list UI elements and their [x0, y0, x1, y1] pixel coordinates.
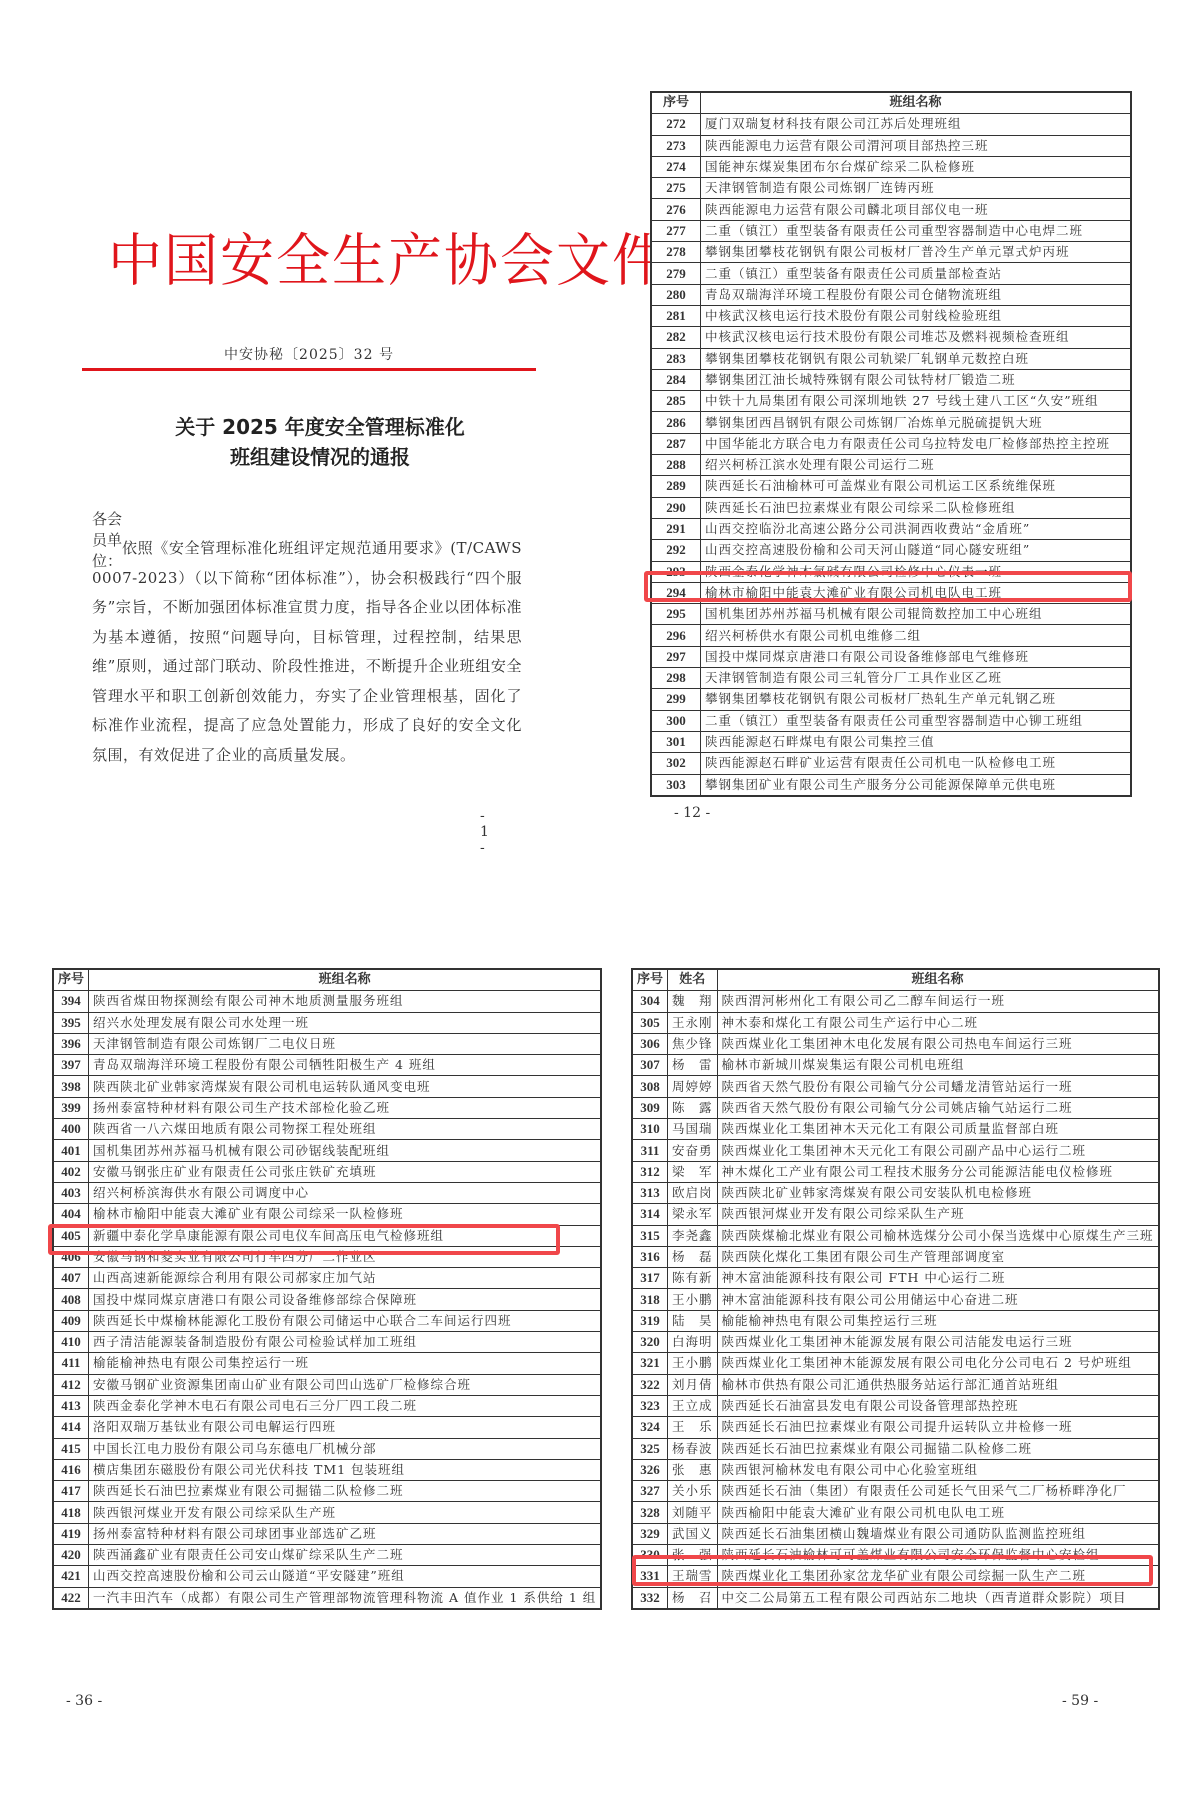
table-row: 320白海明陕西煤业化工集团神木能源发展有限公司洁能发电运行三班 — [632, 1332, 1159, 1353]
team-name: 陕西能源赵石畔煤电有限公司集控三值 — [701, 731, 1132, 752]
table-row: 299攀钢集团攀枝花钢钒有限公司板材厂热轧生产单元轧钢乙班 — [651, 689, 1131, 710]
table-row: 422一汽丰田汽车（成都）有限公司生产管理部物流管理科物流 A 值作业 1 系供… — [53, 1587, 601, 1609]
page-12-team-table: 序号 班组名称 272厦门双瑞复材科技有限公司江苏后处理班组273陕西能源电力运… — [650, 91, 1132, 797]
row-number: 276 — [651, 199, 701, 220]
table-row: 408国投中煤同煤京唐港口有限公司设备维修部综合保障班 — [53, 1289, 601, 1310]
team-name: 中核武汉核电运行技术股份有限公司射线检验班组 — [701, 305, 1132, 326]
table-row: 403绍兴柯桥滨海供水有限公司调度中心 — [53, 1182, 601, 1203]
team-name: 陕西延长中煤榆林能源化工股份有限公司储运中心联合二车间运行四班 — [89, 1310, 602, 1331]
page-number: - 1 - — [480, 808, 489, 856]
row-number: 397 — [53, 1055, 89, 1076]
team-name: 陕西煤业化工集团神木能源发展有限公司电化分公司电石 2 号炉班组 — [717, 1353, 1159, 1374]
table-row: 296绍兴柯桥供水有限公司机电维修二组 — [651, 625, 1131, 646]
row-number: 326 — [632, 1459, 668, 1480]
team-name: 西子清洁能源装备制造股份有限公司检验试样加工班组 — [89, 1332, 602, 1353]
table-row: 302陕西能源赵石畔矿业运营有限责任公司机电一队检修电工班 — [651, 753, 1131, 774]
row-number: 284 — [651, 369, 701, 390]
row-number: 292 — [651, 540, 701, 561]
row-number: 407 — [53, 1268, 89, 1289]
row-number: 328 — [632, 1502, 668, 1523]
table-row: 286攀钢集团西昌钢钒有限公司炼钢厂冶炼单元脱硫提钒大班 — [651, 412, 1131, 433]
document-issuer-title: 中国安全生产协会文件 — [108, 216, 508, 297]
table-row: 274国能神东煤炭集团布尔台煤矿综采二队检修班 — [651, 156, 1131, 177]
row-number: 300 — [651, 710, 701, 731]
notice-heading-line-1: 关于 2025 年度安全管理标准化 — [100, 412, 540, 442]
team-name: 陕西延长石油巴拉素煤业有限公司掘锚二队检修二班 — [717, 1438, 1159, 1459]
person-name: 杨 磊 — [668, 1246, 718, 1267]
row-number: 421 — [53, 1566, 89, 1587]
person-name: 陈有新 — [668, 1268, 718, 1289]
column-header-no: 序号 — [53, 969, 89, 991]
table-row: 329武国义陕西延长石油集团横山魏墙煤业有限公司通防队监测监控班组 — [632, 1523, 1159, 1544]
row-number: 329 — [632, 1523, 668, 1544]
team-name: 陕西渭河彬州化工有限公司乙二醇车间运行一班 — [717, 991, 1159, 1012]
table-row: 310马国瑞陕西煤业化工集团神木天元化工有限公司质量监督部白班 — [632, 1119, 1159, 1140]
team-name: 国机集团苏州苏福马机械有限公司辊筒数控加工中心班组 — [701, 604, 1132, 625]
highlight-box-328 — [632, 1555, 1153, 1586]
row-number: 285 — [651, 391, 701, 412]
table-row: 317陈有新神木富油能源科技有限公司 FTH 中心运行二班 — [632, 1268, 1159, 1289]
row-number: 313 — [632, 1182, 668, 1203]
table-row: 287中国华能北方联合电力有限责任公司乌拉特发电厂检修部热控主控班 — [651, 433, 1131, 454]
team-name: 一汽丰田汽车（成都）有限公司生产管理部物流管理科物流 A 值作业 1 系供给 1… — [89, 1587, 602, 1609]
team-name: 国投中煤同煤京唐港口有限公司设备维修部综合保障班 — [89, 1289, 602, 1310]
row-number: 272 — [651, 114, 701, 135]
team-name: 山西高速新能源综合利用有限公司郝家庄加气站 — [89, 1268, 602, 1289]
table-row: 316杨 磊陕西陕化煤化工集团有限公司生产管理部调度室 — [632, 1246, 1159, 1267]
table-row: 295国机集团苏州苏福马机械有限公司辊筒数控加工中心班组 — [651, 604, 1131, 625]
team-name: 二重（镇江）重型装备有限责任公司质量部检查站 — [701, 263, 1132, 284]
team-name: 天津钢管制造有限公司炼钢厂二电仪日班 — [89, 1033, 602, 1054]
team-name: 天津钢管制造有限公司三轧管分厂工具作业区乙班 — [701, 668, 1132, 689]
team-name: 山西交控高速股份榆和公司天河山隧道“同心隧安班组” — [701, 540, 1132, 561]
team-name: 中国长江电力股份有限公司乌东德电厂机械分部 — [89, 1438, 602, 1459]
table-row: 401国机集团苏州苏福马机械有限公司砂锯线装配班组 — [53, 1140, 601, 1161]
row-number: 308 — [632, 1076, 668, 1097]
team-name: 陕西延长石油（集团）有限责任公司延长气田采气二厂杨桥畔净化厂 — [717, 1481, 1159, 1502]
team-name: 扬州泰富特种材料有限公司球团事业部选矿乙班 — [89, 1523, 602, 1544]
notice-heading-line-2: 班组建设情况的通报 — [100, 442, 540, 472]
table-row: 311安奋勇陕西煤业化工集团神木天元化工有限公司副产品中心运行二班 — [632, 1140, 1159, 1161]
table-row: 282中核武汉核电运行技术股份有限公司堆芯及燃料视频检查班组 — [651, 327, 1131, 348]
team-name: 横店集团东磁股份有限公司光伏科技 TM1 包装班组 — [89, 1459, 602, 1480]
row-number: 403 — [53, 1182, 89, 1203]
row-number: 316 — [632, 1246, 668, 1267]
team-name: 青岛双瑞海洋环境工程股份有限公司牺牲阳极生产 4 班组 — [89, 1055, 602, 1076]
row-number: 409 — [53, 1310, 89, 1331]
table-row: 328刘随平陕西榆阳中能袁大滩矿业有限公司机电队电工班 — [632, 1502, 1159, 1523]
row-number: 310 — [632, 1119, 668, 1140]
team-name: 攀钢集团江油长城特殊钢有限公司钛特材厂锻造二班 — [701, 369, 1132, 390]
team-name: 陕西延长石油巴拉素煤业有限公司掘锚二队检修二班 — [89, 1481, 602, 1502]
row-number: 275 — [651, 178, 701, 199]
table-row: 319陆 昊榆能榆神热电有限公司集控运行三班 — [632, 1310, 1159, 1331]
table-row: 318王小鹏神木富油能源科技有限公司公用储运中心奋进二班 — [632, 1289, 1159, 1310]
table-row: 291山西交控临汾北高速公路分公司洪洞西收费站“金盾班” — [651, 518, 1131, 539]
person-name: 李尧鑫 — [668, 1225, 718, 1246]
person-name: 王 乐 — [668, 1417, 718, 1438]
table-row: 307杨 雷榆林市新城川煤炭集运有限公司机电班组 — [632, 1055, 1159, 1076]
person-name: 魏 翔 — [668, 991, 718, 1012]
table-row: 315李尧鑫陕西陕煤榆北煤业有限公司榆林选煤分公司小保当选煤中心原煤生产三班 — [632, 1225, 1159, 1246]
row-number: 311 — [632, 1140, 668, 1161]
team-name: 陕西煤业化工集团神木天元化工有限公司副产品中心运行二班 — [717, 1140, 1159, 1161]
person-name: 马国瑞 — [668, 1119, 718, 1140]
team-name: 国投中煤同煤京唐港口有限公司设备维修部电气维修班 — [701, 646, 1132, 667]
team-name: 绍兴水处理发展有限公司水处理一班 — [89, 1012, 602, 1033]
row-number: 307 — [632, 1055, 668, 1076]
table-row: 322刘月倩榆林市供热有限公司汇通供热服务站运行部汇通首站班组 — [632, 1374, 1159, 1395]
team-name: 厦门双瑞复材科技有限公司江苏后处理班组 — [701, 114, 1132, 135]
table-row: 277二重（镇江）重型装备有限责任公司重型容器制造中心电焊二班 — [651, 220, 1131, 241]
table-row: 321王小鹏陕西煤业化工集团神木能源发展有限公司电化分公司电石 2 号炉班组 — [632, 1353, 1159, 1374]
table-row: 305王永刚神木泰和煤化工有限公司生产运行中心二班 — [632, 1012, 1159, 1033]
row-number: 286 — [651, 412, 701, 433]
page-59-team-table: 序号 姓名 班组名称 304魏 翔陕西渭河彬州化工有限公司乙二醇车间运行一班30… — [631, 968, 1160, 1610]
column-header-name: 班组名称 — [717, 969, 1159, 991]
page-number: - 59 - — [1062, 1693, 1098, 1709]
team-name: 陕西延长石油巴拉素煤业有限公司提升运转队立井检修一班 — [717, 1417, 1159, 1438]
team-name: 中交二公局第五工程有限公司西站东二地块（西青道群众影院）项目 — [717, 1587, 1159, 1609]
team-name: 神木富油能源科技有限公司公用储运中心奋进二班 — [717, 1289, 1159, 1310]
team-name: 攀钢集团攀枝花钢钒有限公司板材厂普冷生产单元罩式炉丙班 — [701, 242, 1132, 263]
person-name: 欧启岗 — [668, 1182, 718, 1203]
table-row: 411榆能榆神热电有限公司集控运行一班 — [53, 1353, 601, 1374]
table-row: 314梁永军陕西银河煤业开发有限公司综采队生产班 — [632, 1204, 1159, 1225]
team-name: 陕西涌鑫矿业有限责任公司安山煤矿综采队生产二班 — [89, 1545, 602, 1566]
team-name: 绍兴柯桥滨海供水有限公司调度中心 — [89, 1182, 602, 1203]
row-number: 318 — [632, 1289, 668, 1310]
table-row: 281中核武汉核电运行技术股份有限公司射线检验班组 — [651, 305, 1131, 326]
table-row: 395绍兴水处理发展有限公司水处理一班 — [53, 1012, 601, 1033]
red-divider — [82, 368, 536, 371]
table-row: 332杨 召中交二公局第五工程有限公司西站东二地块（西青道群众影院）项目 — [632, 1587, 1159, 1609]
table-row: 288绍兴柯桥江滨水处理有限公司运行二班 — [651, 455, 1131, 476]
person-name: 安奋勇 — [668, 1140, 718, 1161]
team-name: 陕西省天然气股份有限公司输气分公司蟠龙清管站运行一班 — [717, 1076, 1159, 1097]
row-number: 399 — [53, 1097, 89, 1118]
column-header-person: 姓名 — [668, 969, 718, 991]
row-number: 321 — [632, 1353, 668, 1374]
row-number: 280 — [651, 284, 701, 305]
team-name: 陕西银河煤业开发有限公司综采队生产班 — [89, 1502, 602, 1523]
team-name: 山西交控高速股份榆和公司云山隧道“平安隧建”班组 — [89, 1566, 602, 1587]
row-number: 289 — [651, 476, 701, 497]
row-number: 324 — [632, 1417, 668, 1438]
table-row: 402安徽马钢张庄矿业有限责任公司张庄铁矿充填班 — [53, 1161, 601, 1182]
row-number: 305 — [632, 1012, 668, 1033]
team-name: 陕西陕北矿业韩家湾煤炭有限公司机电运转队通风变电班 — [89, 1076, 602, 1097]
body-paragraph: 依照《安全管理标准化班组评定规范通用要求》(T/CAWS 0007-2023）（… — [92, 534, 522, 770]
table-row: 420陕西涌鑫矿业有限责任公司安山煤矿综采队生产二班 — [53, 1545, 601, 1566]
row-number: 277 — [651, 220, 701, 241]
row-number: 317 — [632, 1268, 668, 1289]
team-name: 陕西能源电力运营有限公司渭河项目部热控三班 — [701, 135, 1132, 156]
row-number: 295 — [651, 604, 701, 625]
row-number: 400 — [53, 1119, 89, 1140]
team-name: 榆林市新城川煤炭集运有限公司机电班组 — [717, 1055, 1159, 1076]
team-name: 陕西延长石油富县发电有限公司设备管理部热控班 — [717, 1395, 1159, 1416]
row-number: 408 — [53, 1289, 89, 1310]
row-number: 314 — [632, 1204, 668, 1225]
person-name: 杨 雷 — [668, 1055, 718, 1076]
table-row: 308周婷婷陕西省天然气股份有限公司输气分公司蟠龙清管站运行一班 — [632, 1076, 1159, 1097]
team-name: 安徽马钢矿业资源集团南山矿业有限公司凹山选矿厂检修综合班 — [89, 1374, 602, 1395]
table-row: 325杨春波陕西延长石油巴拉素煤业有限公司掘锚二队检修二班 — [632, 1438, 1159, 1459]
row-number: 417 — [53, 1481, 89, 1502]
person-name: 焦少锋 — [668, 1033, 718, 1054]
team-name: 二重（镇江）重型装备有限责任公司重型容器制造中心铆工班组 — [701, 710, 1132, 731]
person-name: 王永刚 — [668, 1012, 718, 1033]
person-name: 王小鹏 — [668, 1289, 718, 1310]
row-number: 416 — [53, 1459, 89, 1480]
row-number: 296 — [651, 625, 701, 646]
row-number: 279 — [651, 263, 701, 284]
row-number: 312 — [632, 1161, 668, 1182]
table-row: 301陕西能源赵石畔煤电有限公司集控三值 — [651, 731, 1131, 752]
table-row: 410西子清洁能源装备制造股份有限公司检验试样加工班组 — [53, 1332, 601, 1353]
highlight-box-294 — [644, 571, 1132, 602]
team-name: 榆林市榆阳中能袁大滩矿业有限公司综采一队检修班 — [89, 1204, 602, 1225]
table-row: 396天津钢管制造有限公司炼钢厂二电仪日班 — [53, 1033, 601, 1054]
column-header-name: 班组名称 — [89, 969, 602, 991]
table-row: 323王立成陕西延长石油富县发电有限公司设备管理部热控班 — [632, 1395, 1159, 1416]
team-name: 陕西银河煤业开发有限公司综采队生产班 — [717, 1204, 1159, 1225]
table-row: 400陕西省一八六煤田地质有限公司物探工程处班组 — [53, 1119, 601, 1140]
table-row: 273陕西能源电力运营有限公司渭河项目部热控三班 — [651, 135, 1131, 156]
table-row: 309陈 露陕西省天然气股份有限公司输气分公司姚店输气站运行二班 — [632, 1097, 1159, 1118]
row-number: 420 — [53, 1545, 89, 1566]
table-row: 326张 惠陕西银河榆林发电有限公司中心化验室班组 — [632, 1459, 1159, 1480]
notice-heading: 关于 2025 年度安全管理标准化 班组建设情况的通报 — [100, 412, 540, 472]
team-name: 神木富油能源科技有限公司 FTH 中心运行二班 — [717, 1268, 1159, 1289]
row-number: 290 — [651, 497, 701, 518]
row-number: 302 — [651, 753, 701, 774]
row-number: 298 — [651, 668, 701, 689]
row-number: 287 — [651, 433, 701, 454]
team-name: 陕西煤业化工集团神木天元化工有限公司质量监督部白班 — [717, 1119, 1159, 1140]
row-number: 419 — [53, 1523, 89, 1544]
team-name: 神木泰和煤化工有限公司生产运行中心二班 — [717, 1012, 1159, 1033]
column-header-no: 序号 — [651, 92, 701, 114]
row-number: 325 — [632, 1438, 668, 1459]
row-number: 274 — [651, 156, 701, 177]
row-number: 401 — [53, 1140, 89, 1161]
page-number: - 36 - — [66, 1693, 102, 1709]
row-number: 291 — [651, 518, 701, 539]
team-name: 陕西陕化煤化工集团有限公司生产管理部调度室 — [717, 1246, 1159, 1267]
highlight-box-404 — [48, 1224, 560, 1255]
table-row: 418陕西银河煤业开发有限公司综采队生产班 — [53, 1502, 601, 1523]
person-name: 武国义 — [668, 1523, 718, 1544]
table-row: 303攀钢集团矿业有限公司生产服务分公司能源保障单元供电班 — [651, 774, 1131, 796]
row-number: 304 — [632, 991, 668, 1012]
row-number: 320 — [632, 1332, 668, 1353]
table-row: 278攀钢集团攀枝花钢钒有限公司板材厂普冷生产单元罩式炉丙班 — [651, 242, 1131, 263]
row-number: 395 — [53, 1012, 89, 1033]
page-number: - 12 - — [674, 805, 710, 821]
page-36-team-table: 序号 班组名称 394陕西省煤田物探测绘有限公司神木地质测量服务班组395绍兴水… — [52, 968, 602, 1610]
row-number: 283 — [651, 348, 701, 369]
table-row: 300二重（镇江）重型装备有限责任公司重型容器制造中心铆工班组 — [651, 710, 1131, 731]
team-name: 中铁十九局集团有限公司深圳地铁 27 号线土建八工区“久安”班组 — [701, 391, 1132, 412]
row-number: 418 — [53, 1502, 89, 1523]
person-name: 陆 昊 — [668, 1310, 718, 1331]
team-name: 二重（镇江）重型装备有限责任公司重型容器制造中心电焊二班 — [701, 220, 1132, 241]
team-name: 陕西金泰化学神木电石有限公司电石三分厂四工段二班 — [89, 1395, 602, 1416]
table-row: 285中铁十九局集团有限公司深圳地铁 27 号线土建八工区“久安”班组 — [651, 391, 1131, 412]
team-name: 陕西延长石油巴拉素煤业有限公司综采二队检修班组 — [701, 497, 1132, 518]
table-row: 324王 乐陕西延长石油巴拉素煤业有限公司提升运转队立井检修一班 — [632, 1417, 1159, 1438]
row-number: 410 — [53, 1332, 89, 1353]
team-name: 中核武汉核电运行技术股份有限公司堆芯及燃料视频检查班组 — [701, 327, 1132, 348]
table-row: 327关小乐陕西延长石油（集团）有限责任公司延长气田采气二厂杨桥畔净化厂 — [632, 1481, 1159, 1502]
team-name: 山西交控临汾北高速公路分公司洪洞西收费站“金盾班” — [701, 518, 1132, 539]
team-name: 陕西煤业化工集团神木电化发展有限公司热电车间运行三班 — [717, 1033, 1159, 1054]
person-name: 周婷婷 — [668, 1076, 718, 1097]
table-row: 283攀钢集团攀枝花钢钒有限公司轨梁厂轧钢单元数控白班 — [651, 348, 1131, 369]
table-row: 304魏 翔陕西渭河彬州化工有限公司乙二醇车间运行一班 — [632, 991, 1159, 1012]
person-name: 杨 召 — [668, 1587, 718, 1609]
table-row: 415中国长江电力股份有限公司乌东德电厂机械分部 — [53, 1438, 601, 1459]
table-row: 419扬州泰富特种材料有限公司球团事业部选矿乙班 — [53, 1523, 601, 1544]
team-name: 陕西省天然气股份有限公司输气分公司姚店输气站运行二班 — [717, 1097, 1159, 1118]
table-header-row: 序号 班组名称 — [53, 969, 601, 991]
table-row: 306焦少锋陕西煤业化工集团神木电化发展有限公司热电车间运行三班 — [632, 1033, 1159, 1054]
person-name: 陈 露 — [668, 1097, 718, 1118]
team-name: 陕西陕煤榆北煤业有限公司榆林选煤分公司小保当选煤中心原煤生产三班 — [717, 1225, 1159, 1246]
row-number: 323 — [632, 1395, 668, 1416]
team-name: 中国华能北方联合电力有限责任公司乌拉特发电厂检修部热控主控班 — [701, 433, 1132, 454]
table-row: 397青岛双瑞海洋环境工程股份有限公司牺牲阳极生产 4 班组 — [53, 1055, 601, 1076]
row-number: 396 — [53, 1033, 89, 1054]
team-name: 洛阳双瑞万基钛业有限公司电解运行四班 — [89, 1417, 602, 1438]
table-row: 298天津钢管制造有限公司三轧管分厂工具作业区乙班 — [651, 668, 1131, 689]
person-name: 杨春波 — [668, 1438, 718, 1459]
table-row: 399扬州泰富特种材料有限公司生产技术部检化验乙班 — [53, 1097, 601, 1118]
team-name: 陕西能源电力运营有限公司麟北项目部仪电一班 — [701, 199, 1132, 220]
row-number: 299 — [651, 689, 701, 710]
team-name: 陕西银河榆林发电有限公司中心化验室班组 — [717, 1459, 1159, 1480]
team-name: 陕西省一八六煤田地质有限公司物探工程处班组 — [89, 1119, 602, 1140]
person-name: 关小乐 — [668, 1481, 718, 1502]
table-row: 421山西交控高速股份榆和公司云山隧道“平安隧建”班组 — [53, 1566, 601, 1587]
person-name: 刘随平 — [668, 1502, 718, 1523]
column-header-no: 序号 — [632, 969, 668, 991]
table-row: 417陕西延长石油巴拉素煤业有限公司掘锚二队检修二班 — [53, 1481, 601, 1502]
team-name: 安徽马钢张庄矿业有限责任公司张庄铁矿充填班 — [89, 1161, 602, 1182]
table-row: 292山西交控高速股份榆和公司天河山隧道“同心隧安班组” — [651, 540, 1131, 561]
row-number: 414 — [53, 1417, 89, 1438]
row-number: 394 — [53, 991, 89, 1012]
table-row: 398陕西陕北矿业韩家湾煤炭有限公司机电运转队通风变电班 — [53, 1076, 601, 1097]
row-number: 315 — [632, 1225, 668, 1246]
row-number: 398 — [53, 1076, 89, 1097]
row-number: 306 — [632, 1033, 668, 1054]
table-row: 289陕西延长石油榆林可可盖煤业有限公司机运工区系统维保班 — [651, 476, 1131, 497]
table-row: 279二重（镇江）重型装备有限责任公司质量部检查站 — [651, 263, 1131, 284]
team-name: 绍兴柯桥供水有限公司机电维修二组 — [701, 625, 1132, 646]
table-header-row: 序号 班组名称 — [651, 92, 1131, 114]
person-name: 梁 军 — [668, 1161, 718, 1182]
row-number: 402 — [53, 1161, 89, 1182]
row-number: 411 — [53, 1353, 89, 1374]
team-name: 扬州泰富特种材料有限公司生产技术部检化验乙班 — [89, 1097, 602, 1118]
row-number: 282 — [651, 327, 701, 348]
person-name: 刘月倩 — [668, 1374, 718, 1395]
table-row: 313欧启岗陕西陕北矿业韩家湾煤炭有限公司安装队机电检修班 — [632, 1182, 1159, 1203]
document-number: 中安协秘〔2025〕32 号 — [0, 344, 618, 364]
row-number: 288 — [651, 455, 701, 476]
row-number: 309 — [632, 1097, 668, 1118]
team-name: 天津钢管制造有限公司炼钢厂连铸丙班 — [701, 178, 1132, 199]
table-row: 414洛阳双瑞万基钛业有限公司电解运行四班 — [53, 1417, 601, 1438]
row-number: 415 — [53, 1438, 89, 1459]
row-number: 422 — [53, 1587, 89, 1609]
team-name: 攀钢集团攀枝花钢钒有限公司板材厂热轧生产单元轧钢乙班 — [701, 689, 1132, 710]
row-number: 319 — [632, 1310, 668, 1331]
row-number: 297 — [651, 646, 701, 667]
team-name: 神木煤化工产业有限公司工程技术服务分公司能源洁能电仪检修班 — [717, 1161, 1159, 1182]
team-name: 榆能榆神热电有限公司集控运行三班 — [717, 1310, 1159, 1331]
table-row: 407山西高速新能源综合利用有限公司郝家庄加气站 — [53, 1268, 601, 1289]
row-number: 413 — [53, 1395, 89, 1416]
team-name: 榆能榆神热电有限公司集控运行一班 — [89, 1353, 602, 1374]
table-row: 284攀钢集团江油长城特殊钢有限公司钛特材厂锻造二班 — [651, 369, 1131, 390]
row-number: 404 — [53, 1204, 89, 1225]
person-name: 王小鹏 — [668, 1353, 718, 1374]
table-row: 394陕西省煤田物探测绘有限公司神木地质测量服务班组 — [53, 991, 601, 1012]
team-name: 陕西陕北矿业韩家湾煤炭有限公司安装队机电检修班 — [717, 1182, 1159, 1203]
table-row: 297国投中煤同煤京唐港口有限公司设备维修部电气维修班 — [651, 646, 1131, 667]
team-name: 陕西延长石油榆林可可盖煤业有限公司机运工区系统维保班 — [701, 476, 1132, 497]
table-row: 276陕西能源电力运营有限公司麟北项目部仪电一班 — [651, 199, 1131, 220]
table-row: 290陕西延长石油巴拉素煤业有限公司综采二队检修班组 — [651, 497, 1131, 518]
team-name: 陕西煤业化工集团神木能源发展有限公司洁能发电运行三班 — [717, 1332, 1159, 1353]
team-name: 攀钢集团矿业有限公司生产服务分公司能源保障单元供电班 — [701, 774, 1132, 796]
row-number: 281 — [651, 305, 701, 326]
row-number: 301 — [651, 731, 701, 752]
team-name: 攀钢集团西昌钢钒有限公司炼钢厂冶炼单元脱硫提钒大班 — [701, 412, 1132, 433]
table-row: 404榆林市榆阳中能袁大滩矿业有限公司综采一队检修班 — [53, 1204, 601, 1225]
team-name: 陕西能源赵石畔矿业运营有限责任公司机电一队检修电工班 — [701, 753, 1132, 774]
table-row: 312梁 军神木煤化工产业有限公司工程技术服务分公司能源洁能电仪检修班 — [632, 1161, 1159, 1182]
table-row: 416横店集团东磁股份有限公司光伏科技 TM1 包装班组 — [53, 1459, 601, 1480]
row-number: 327 — [632, 1481, 668, 1502]
team-name: 陕西延长石油集团横山魏墙煤业有限公司通防队监测监控班组 — [717, 1523, 1159, 1544]
person-name: 张 惠 — [668, 1459, 718, 1480]
person-name: 梁永军 — [668, 1204, 718, 1225]
row-number: 322 — [632, 1374, 668, 1395]
team-name: 青岛双瑞海洋环境工程股份有限公司仓储物流班组 — [701, 284, 1132, 305]
team-name: 国能神东煤炭集团布尔台煤矿综采二队检修班 — [701, 156, 1132, 177]
person-name: 白海明 — [668, 1332, 718, 1353]
table-row: 413陕西金泰化学神木电石有限公司电石三分厂四工段二班 — [53, 1395, 601, 1416]
team-name: 陕西榆阳中能袁大滩矿业有限公司机电队电工班 — [717, 1502, 1159, 1523]
row-number: 278 — [651, 242, 701, 263]
person-name: 王立成 — [668, 1395, 718, 1416]
team-name: 攀钢集团攀枝花钢钒有限公司轨梁厂轧钢单元数控白班 — [701, 348, 1132, 369]
table-row: 409陕西延长中煤榆林能源化工股份有限公司储运中心联合二车间运行四班 — [53, 1310, 601, 1331]
team-name: 绍兴柯桥江滨水处理有限公司运行二班 — [701, 455, 1132, 476]
row-number: 273 — [651, 135, 701, 156]
table-header-row: 序号 姓名 班组名称 — [632, 969, 1159, 991]
table-row: 272厦门双瑞复材科技有限公司江苏后处理班组 — [651, 114, 1131, 135]
row-number: 332 — [632, 1587, 668, 1609]
team-name: 国机集团苏州苏福马机械有限公司砂锯线装配班组 — [89, 1140, 602, 1161]
row-number: 303 — [651, 774, 701, 796]
table-row: 280青岛双瑞海洋环境工程股份有限公司仓储物流班组 — [651, 284, 1131, 305]
